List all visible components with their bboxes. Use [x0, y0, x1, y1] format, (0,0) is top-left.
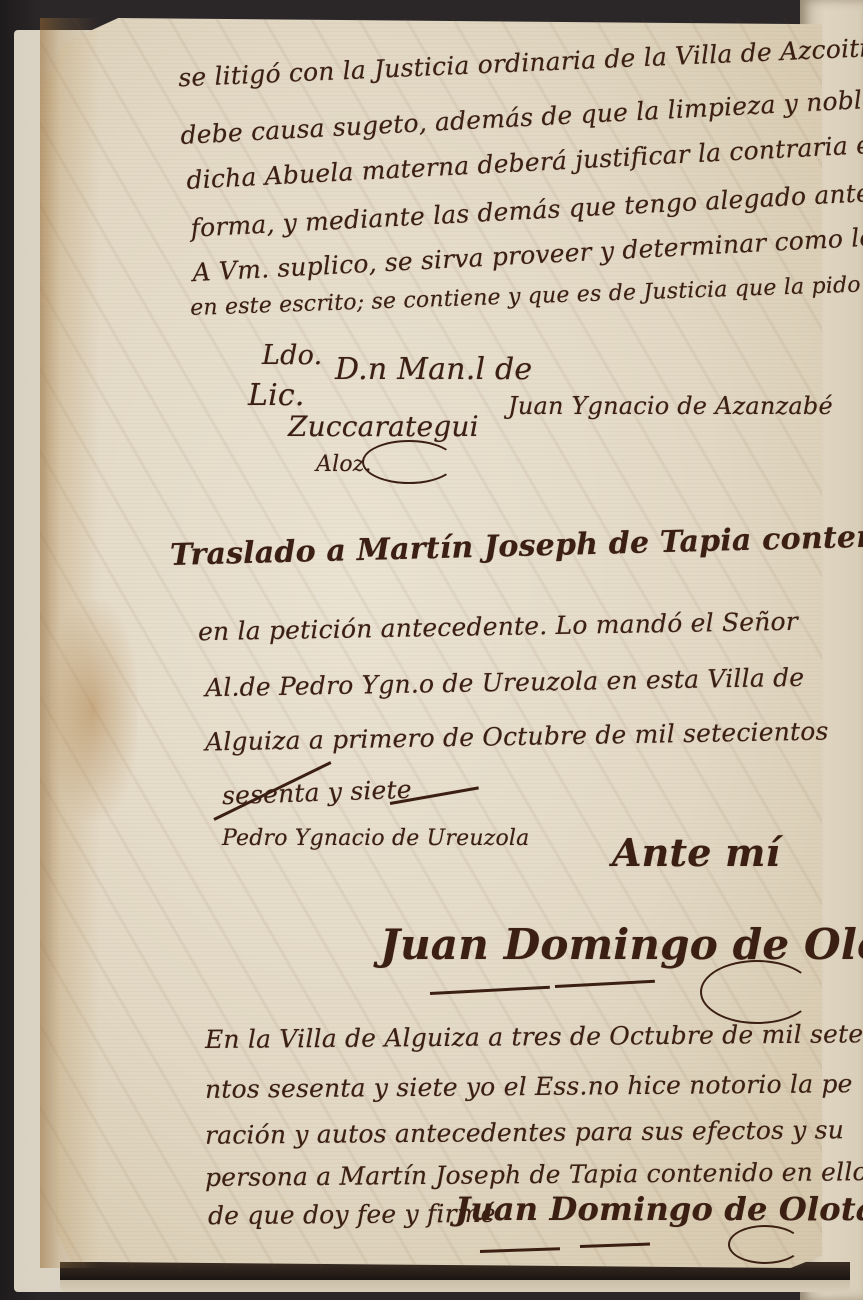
signature-abbrev: Lic.	[248, 378, 305, 413]
text-line: ntos sesenta y siete yo el Ess.no hice n…	[205, 1069, 853, 1104]
signature-magistrate: Pedro Ygnacio de Ureuzola	[222, 826, 530, 851]
signature-notary: Juan Domingo de Olota	[455, 1190, 863, 1228]
signature-rubric	[700, 960, 814, 1024]
signature-ante-mi: Ante mí	[612, 830, 780, 875]
text-line: de que doy fee y firmé	[208, 1199, 496, 1231]
signature-rubric	[362, 440, 456, 484]
text-line: En la Villa de Alguiza a tres de Octubre…	[205, 1019, 863, 1054]
signature-title: Ldo.	[262, 340, 322, 371]
signature-name-line-2: Zuccarategui	[288, 410, 479, 443]
signature-right: Juan Ygnacio de Azanzabé	[508, 392, 833, 420]
signature-name-line-1: D.n Man.l de	[335, 352, 532, 387]
signature-notary: Juan Domingo de Olota	[380, 920, 863, 969]
signature-rubric	[728, 1225, 802, 1264]
text-line: persona a Martín Joseph de Tapia conteni…	[205, 1157, 863, 1192]
text-line: ración y autos antecedentes para sus efe…	[205, 1115, 844, 1150]
